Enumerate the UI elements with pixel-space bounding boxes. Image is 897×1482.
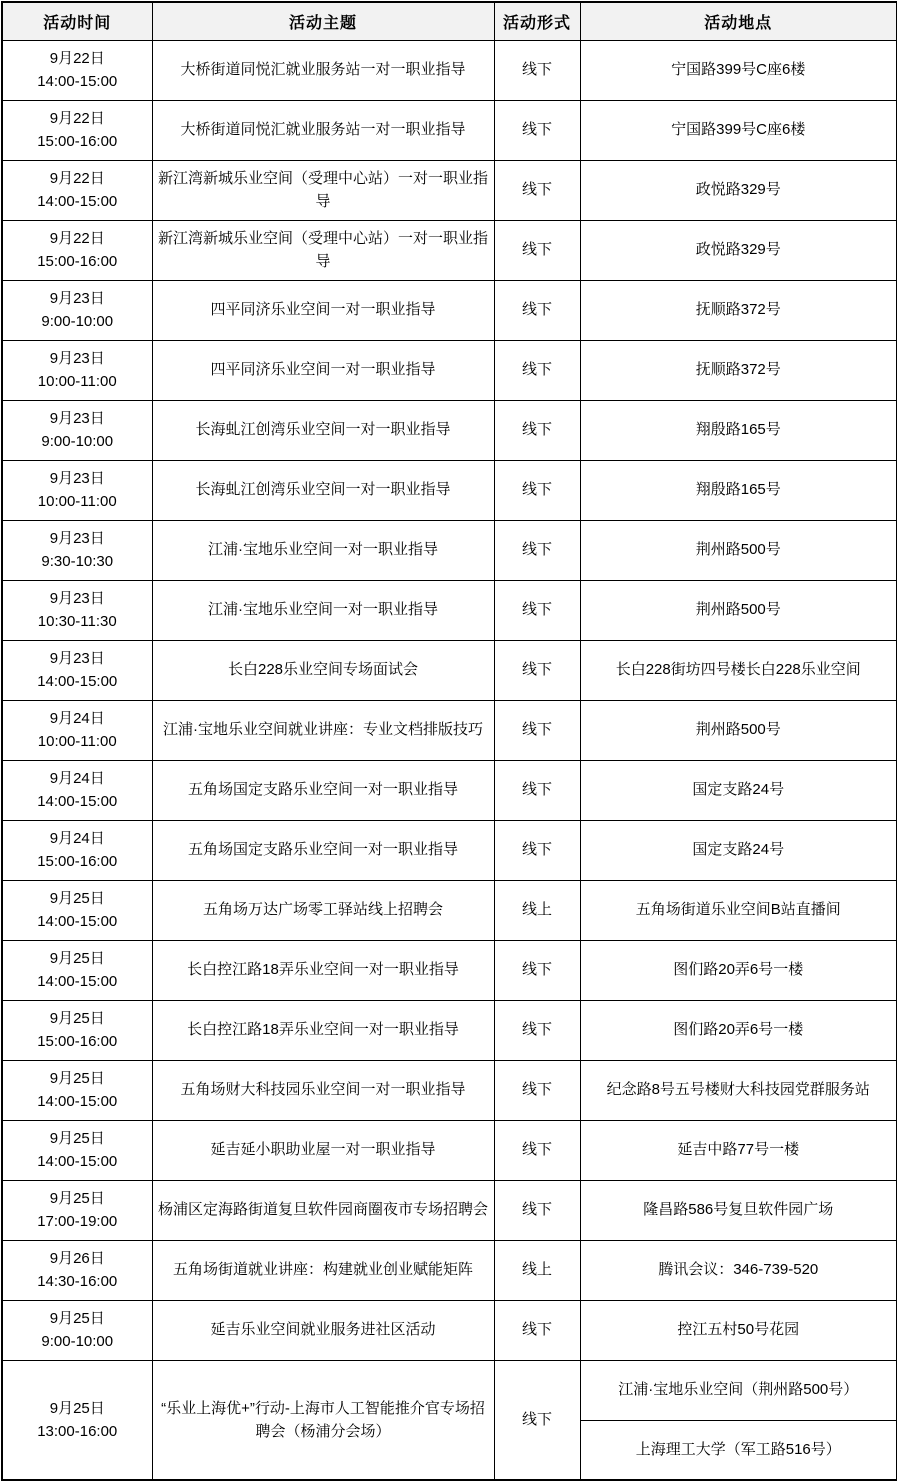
activity-time-range: 15:00-16:00 <box>7 1030 148 1053</box>
cell-activity-time: 9月25日 14:00-15:00 <box>2 1060 152 1120</box>
cell-activity-location: 政悦路329号 <box>580 220 897 280</box>
cell-activity-location: 腾讯会议：346-739-520 <box>580 1240 897 1300</box>
activity-date: 9月23日 <box>7 587 148 610</box>
activity-time-range: 9:00-10:00 <box>7 310 148 333</box>
cell-activity-location: 抚顺路372号 <box>580 340 897 400</box>
cell-activity-time: 9月25日 17:00-19:00 <box>2 1180 152 1240</box>
activity-time-range: 15:00-16:00 <box>7 130 148 153</box>
table-row: 9月23日 14:00-15:00 长白228乐业空间专场面试会 线下 长白22… <box>2 640 897 700</box>
activity-date: 9月23日 <box>7 467 148 490</box>
cell-activity-location: 翔殷路165号 <box>580 460 897 520</box>
cell-activity-time: 9月22日 15:00-16:00 <box>2 100 152 160</box>
activity-time-range: 14:00-15:00 <box>7 190 148 213</box>
activity-date: 9月24日 <box>7 827 148 850</box>
cell-activity-time: 9月25日 13:00-16:00 <box>2 1360 152 1480</box>
cell-activity-form: 线下 <box>494 340 580 400</box>
cell-activity-theme: 五角场国定支路乐业空间一对一职业指导 <box>152 820 494 880</box>
cell-activity-theme: 江浦·宝地乐业空间就业讲座：专业文档排版技巧 <box>152 700 494 760</box>
table-row: 9月25日 9:00-10:00 延吉乐业空间就业服务进社区活动 线下 控江五村… <box>2 1300 897 1360</box>
cell-activity-location: 图们路20弄6号一楼 <box>580 1000 897 1060</box>
header-activity-form: 活动形式 <box>494 2 580 40</box>
cell-activity-theme: 长海虬江创湾乐业空间一对一职业指导 <box>152 460 494 520</box>
activity-date: 9月25日 <box>7 1397 148 1420</box>
cell-activity-location: 延吉中路77号一楼 <box>580 1120 897 1180</box>
table-row: 9月23日 10:00-11:00 长海虬江创湾乐业空间一对一职业指导 线下 翔… <box>2 460 897 520</box>
cell-activity-form: 线下 <box>494 1060 580 1120</box>
table-row: 9月23日 10:00-11:00 四平同济乐业空间一对一职业指导 线下 抚顺路… <box>2 340 897 400</box>
cell-activity-form: 线下 <box>494 100 580 160</box>
cell-activity-form: 线下 <box>494 400 580 460</box>
cell-activity-time: 9月22日 14:00-15:00 <box>2 40 152 100</box>
activity-date: 9月24日 <box>7 707 148 730</box>
table-row: 9月23日 9:00-10:00 长海虬江创湾乐业空间一对一职业指导 线下 翔殷… <box>2 400 897 460</box>
cell-activity-time: 9月24日 14:00-15:00 <box>2 760 152 820</box>
cell-activity-form: 线下 <box>494 520 580 580</box>
activity-time-range: 14:00-15:00 <box>7 910 148 933</box>
cell-activity-time: 9月25日 15:00-16:00 <box>2 1000 152 1060</box>
cell-activity-location: 纪念路8号五号楼财大科技园党群服务站 <box>580 1060 897 1120</box>
cell-activity-form: 线下 <box>494 160 580 220</box>
cell-activity-theme: 五角场国定支路乐业空间一对一职业指导 <box>152 760 494 820</box>
activity-schedule-page: 活动时间 活动主题 活动形式 活动地点 9月22日 14:00-15:00 大桥… <box>0 0 897 1482</box>
cell-activity-time: 9月23日 10:00-11:00 <box>2 340 152 400</box>
cell-activity-form: 线下 <box>494 700 580 760</box>
cell-activity-time: 9月23日 9:30-10:30 <box>2 520 152 580</box>
activity-time-range: 10:00-11:00 <box>7 490 148 513</box>
table-row: 9月25日 14:00-15:00 长白控江路18弄乐业空间一对一职业指导 线下… <box>2 940 897 1000</box>
cell-activity-location: 控江五村50号花园 <box>580 1300 897 1360</box>
header-activity-location: 活动地点 <box>580 2 897 40</box>
activity-date: 9月23日 <box>7 647 148 670</box>
cell-activity-time: 9月23日 9:00-10:00 <box>2 280 152 340</box>
cell-activity-theme: 延吉乐业空间就业服务进社区活动 <box>152 1300 494 1360</box>
activity-time-range: 14:00-15:00 <box>7 70 148 93</box>
table-row: 9月26日 14:30-16:00 五角场街道就业讲座：构建就业创业赋能矩阵 线… <box>2 1240 897 1300</box>
cell-activity-form: 线下 <box>494 760 580 820</box>
activity-date: 9月23日 <box>7 407 148 430</box>
cell-activity-time: 9月23日 9:00-10:00 <box>2 400 152 460</box>
cell-activity-form: 线上 <box>494 1240 580 1300</box>
cell-activity-location: 荆州路500号 <box>580 700 897 760</box>
table-row: 9月24日 10:00-11:00 江浦·宝地乐业空间就业讲座：专业文档排版技巧… <box>2 700 897 760</box>
cell-activity-theme: 大桥街道同悦汇就业服务站一对一职业指导 <box>152 100 494 160</box>
activity-date: 9月23日 <box>7 287 148 310</box>
cell-activity-location: 国定支路24号 <box>580 820 897 880</box>
cell-activity-time: 9月26日 14:30-16:00 <box>2 1240 152 1300</box>
cell-activity-location: 国定支路24号 <box>580 760 897 820</box>
activity-date: 9月26日 <box>7 1247 148 1270</box>
activity-date: 9月25日 <box>7 947 148 970</box>
table-row: 9月23日 9:30-10:30 江浦·宝地乐业空间一对一职业指导 线下 荆州路… <box>2 520 897 580</box>
cell-activity-location: 宁国路399号C座6楼 <box>580 100 897 160</box>
activity-time-range: 14:30-16:00 <box>7 1270 148 1293</box>
cell-activity-location: 隆昌路586号复旦软件园广场 <box>580 1180 897 1240</box>
activity-time-range: 14:00-15:00 <box>7 790 148 813</box>
cell-activity-location: 长白228街坊四号楼长白228乐业空间 <box>580 640 897 700</box>
cell-activity-location: 上海理工大学（军工路516号） <box>580 1420 897 1480</box>
table-body: 9月22日 14:00-15:00 大桥街道同悦汇就业服务站一对一职业指导 线下… <box>2 40 897 1480</box>
activity-date: 9月22日 <box>7 227 148 250</box>
cell-activity-theme: 新江湾新城乐业空间（受理中心站）一对一职业指导 <box>152 160 494 220</box>
table-row: 9月25日 14:00-15:00 延吉延小职助业屋一对一职业指导 线下 延吉中… <box>2 1120 897 1180</box>
cell-activity-form: 线上 <box>494 880 580 940</box>
table-row: 9月25日 14:00-15:00 五角场万达广场零工驿站线上招聘会 线上 五角… <box>2 880 897 940</box>
activity-date: 9月25日 <box>7 887 148 910</box>
cell-activity-time: 9月25日 14:00-15:00 <box>2 880 152 940</box>
table-row: 9月23日 10:30-11:30 江浦·宝地乐业空间一对一职业指导 线下 荆州… <box>2 580 897 640</box>
activity-time-range: 10:30-11:30 <box>7 610 148 633</box>
activity-time-range: 10:00-11:00 <box>7 730 148 753</box>
cell-activity-time: 9月22日 15:00-16:00 <box>2 220 152 280</box>
activity-time-range: 14:00-15:00 <box>7 1150 148 1173</box>
activity-date: 9月25日 <box>7 1127 148 1150</box>
cell-activity-time: 9月25日 14:00-15:00 <box>2 1120 152 1180</box>
activity-date: 9月23日 <box>7 527 148 550</box>
table-row: 9月22日 15:00-16:00 新江湾新城乐业空间（受理中心站）一对一职业指… <box>2 220 897 280</box>
cell-activity-location: 五角场街道乐业空间B站直播间 <box>580 880 897 940</box>
cell-activity-theme: 新江湾新城乐业空间（受理中心站）一对一职业指导 <box>152 220 494 280</box>
cell-activity-location: 图们路20弄6号一楼 <box>580 940 897 1000</box>
cell-activity-form: 线下 <box>494 460 580 520</box>
activity-time-range: 14:00-15:00 <box>7 970 148 993</box>
cell-activity-location: 翔殷路165号 <box>580 400 897 460</box>
cell-activity-time: 9月25日 14:00-15:00 <box>2 940 152 1000</box>
cell-activity-theme: 五角场财大科技园乐业空间一对一职业指导 <box>152 1060 494 1120</box>
activity-time-range: 9:00-10:00 <box>7 1330 148 1353</box>
header-activity-theme: 活动主题 <box>152 2 494 40</box>
activity-time-range: 14:00-15:00 <box>7 1090 148 1113</box>
activity-date: 9月22日 <box>7 107 148 130</box>
cell-activity-theme: 长白控江路18弄乐业空间一对一职业指导 <box>152 940 494 1000</box>
cell-activity-location: 宁国路399号C座6楼 <box>580 40 897 100</box>
cell-activity-theme: 四平同济乐业空间一对一职业指导 <box>152 340 494 400</box>
cell-activity-form: 线下 <box>494 820 580 880</box>
activity-schedule-table: 活动时间 活动主题 活动形式 活动地点 9月22日 14:00-15:00 大桥… <box>1 1 897 1481</box>
table-row: 9月25日 13:00-16:00 “乐业上海优+”行动-上海市人工智能推介官专… <box>2 1360 897 1420</box>
activity-time-range: 13:00-16:00 <box>7 1420 148 1443</box>
table-row: 9月23日 9:00-10:00 四平同济乐业空间一对一职业指导 线下 抚顺路3… <box>2 280 897 340</box>
cell-activity-theme: 长白228乐业空间专场面试会 <box>152 640 494 700</box>
cell-activity-form: 线下 <box>494 220 580 280</box>
activity-date: 9月25日 <box>7 1307 148 1330</box>
table-row: 9月22日 15:00-16:00 大桥街道同悦汇就业服务站一对一职业指导 线下… <box>2 100 897 160</box>
cell-activity-form: 线下 <box>494 940 580 1000</box>
table-row: 9月25日 17:00-19:00 杨浦区定海路街道复旦软件园商圈夜市专场招聘会… <box>2 1180 897 1240</box>
activity-date: 9月25日 <box>7 1067 148 1090</box>
table-row: 9月25日 15:00-16:00 长白控江路18弄乐业空间一对一职业指导 线下… <box>2 1000 897 1060</box>
cell-activity-theme: 五角场万达广场零工驿站线上招聘会 <box>152 880 494 940</box>
cell-activity-form: 线下 <box>494 580 580 640</box>
cell-activity-theme: 延吉延小职助业屋一对一职业指导 <box>152 1120 494 1180</box>
activity-time-range: 15:00-16:00 <box>7 250 148 273</box>
cell-activity-form: 线下 <box>494 1360 580 1480</box>
table-row: 9月22日 14:00-15:00 大桥街道同悦汇就业服务站一对一职业指导 线下… <box>2 40 897 100</box>
table-row: 9月24日 15:00-16:00 五角场国定支路乐业空间一对一职业指导 线下 … <box>2 820 897 880</box>
cell-activity-time: 9月24日 15:00-16:00 <box>2 820 152 880</box>
cell-activity-location: 政悦路329号 <box>580 160 897 220</box>
activity-time-range: 17:00-19:00 <box>7 1210 148 1233</box>
activity-date: 9月25日 <box>7 1187 148 1210</box>
table-header-row: 活动时间 活动主题 活动形式 活动地点 <box>2 2 897 40</box>
cell-activity-form: 线下 <box>494 280 580 340</box>
activity-date: 9月23日 <box>7 347 148 370</box>
cell-activity-theme: “乐业上海优+”行动-上海市人工智能推介官专场招聘会（杨浦分会场） <box>152 1360 494 1480</box>
activity-date: 9月24日 <box>7 767 148 790</box>
activity-time-range: 9:30-10:30 <box>7 550 148 573</box>
cell-activity-theme: 大桥街道同悦汇就业服务站一对一职业指导 <box>152 40 494 100</box>
cell-activity-time: 9月25日 9:00-10:00 <box>2 1300 152 1360</box>
cell-activity-form: 线下 <box>494 1300 580 1360</box>
cell-activity-form: 线下 <box>494 1120 580 1180</box>
activity-time-range: 9:00-10:00 <box>7 430 148 453</box>
activity-time-range: 14:00-15:00 <box>7 670 148 693</box>
cell-activity-time: 9月24日 10:00-11:00 <box>2 700 152 760</box>
cell-activity-time: 9月23日 10:30-11:30 <box>2 580 152 640</box>
activity-date: 9月22日 <box>7 47 148 70</box>
cell-activity-time: 9月23日 14:00-15:00 <box>2 640 152 700</box>
cell-activity-theme: 长海虬江创湾乐业空间一对一职业指导 <box>152 400 494 460</box>
table-row: 9月24日 14:00-15:00 五角场国定支路乐业空间一对一职业指导 线下 … <box>2 760 897 820</box>
activity-date: 9月25日 <box>7 1007 148 1030</box>
cell-activity-theme: 江浦·宝地乐业空间一对一职业指导 <box>152 520 494 580</box>
cell-activity-theme: 四平同济乐业空间一对一职业指导 <box>152 280 494 340</box>
activity-time-range: 10:00-11:00 <box>7 370 148 393</box>
table-row: 9月22日 14:00-15:00 新江湾新城乐业空间（受理中心站）一对一职业指… <box>2 160 897 220</box>
cell-activity-theme: 杨浦区定海路街道复旦软件园商圈夜市专场招聘会 <box>152 1180 494 1240</box>
cell-activity-location: 抚顺路372号 <box>580 280 897 340</box>
cell-activity-location: 荆州路500号 <box>580 580 897 640</box>
cell-activity-form: 线下 <box>494 1000 580 1060</box>
cell-activity-theme: 五角场街道就业讲座：构建就业创业赋能矩阵 <box>152 1240 494 1300</box>
activity-time-range: 15:00-16:00 <box>7 850 148 873</box>
cell-activity-form: 线下 <box>494 640 580 700</box>
activity-date: 9月22日 <box>7 167 148 190</box>
cell-activity-theme: 江浦·宝地乐业空间一对一职业指导 <box>152 580 494 640</box>
cell-activity-theme: 长白控江路18弄乐业空间一对一职业指导 <box>152 1000 494 1060</box>
cell-activity-form: 线下 <box>494 40 580 100</box>
cell-activity-location: 江浦·宝地乐业空间（荆州路500号） <box>580 1360 897 1420</box>
cell-activity-time: 9月22日 14:00-15:00 <box>2 160 152 220</box>
cell-activity-form: 线下 <box>494 1180 580 1240</box>
header-activity-time: 活动时间 <box>2 2 152 40</box>
cell-activity-time: 9月23日 10:00-11:00 <box>2 460 152 520</box>
table-row: 9月25日 14:00-15:00 五角场财大科技园乐业空间一对一职业指导 线下… <box>2 1060 897 1120</box>
cell-activity-location: 荆州路500号 <box>580 520 897 580</box>
